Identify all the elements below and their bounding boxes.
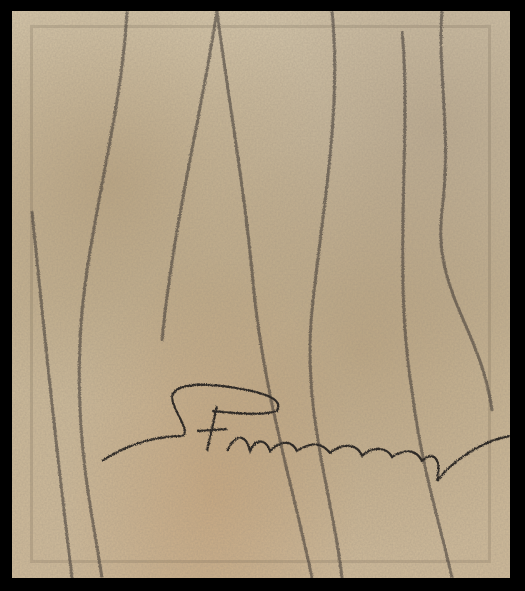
stamp-reverse xyxy=(12,11,510,578)
cancellation-lines xyxy=(12,11,510,578)
